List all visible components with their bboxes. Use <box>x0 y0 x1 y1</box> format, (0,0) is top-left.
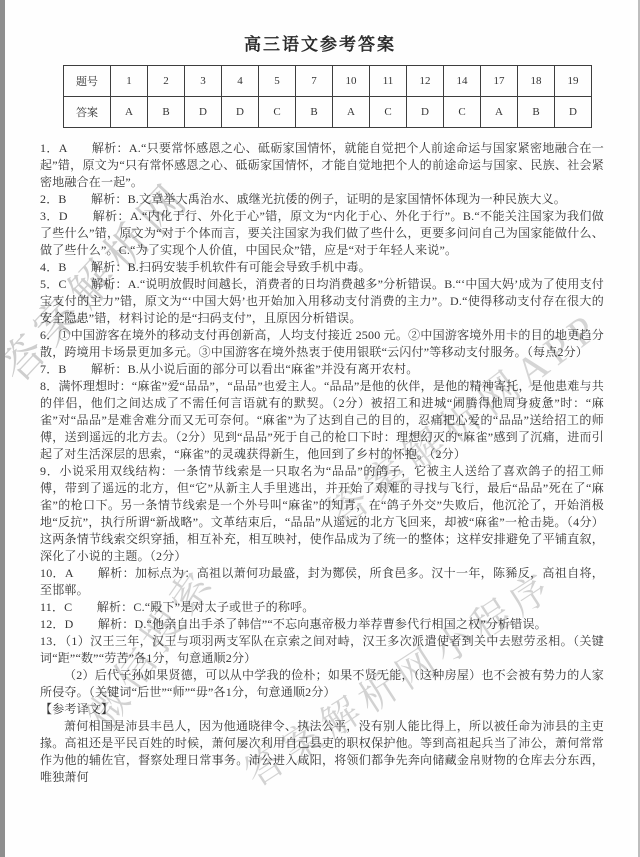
question-number-cell: 5 <box>259 66 296 97</box>
question-number-cell: 19 <box>555 66 592 97</box>
question-number-cell: 18 <box>518 66 555 97</box>
scanned-answer-sheet: 答案解析网 答案解析网APP 微信搜索 答案解析网小程序 高三语文参考答案 题号… <box>0 0 640 857</box>
answer-row: 答案 ABDDCBACDCABD <box>64 97 592 128</box>
question-number-row: 题号 12345710111214171819 <box>64 66 592 97</box>
answer-cell: C <box>444 97 481 128</box>
answer-paragraph: 7．B 解析：B.从小说后面的部分可以看出“麻雀”并没有离开农村。 <box>40 361 604 378</box>
answer-cell: A <box>481 97 518 128</box>
answer-cell: C <box>370 97 407 128</box>
answer-cell: D <box>555 97 592 128</box>
answer-cell: D <box>222 97 259 128</box>
answer-paragraph: 1．A 解析：A.“只要常怀感恩之心、砥砺家国情怀，就能自觉把个人前途命运与国家… <box>40 140 604 191</box>
question-number-cell: 3 <box>185 66 222 97</box>
answer-paragraph: 【参考译文】 <box>40 701 604 718</box>
answer-cell: A <box>333 97 370 128</box>
question-number-cell: 10 <box>333 66 370 97</box>
answer-cell: B <box>296 97 333 128</box>
question-number-cell: 12 <box>407 66 444 97</box>
answer-paragraph: 5．C 解析：A.“说明放假时间越长，消费者的日均消费越多”分析错误。B.“‘中… <box>40 276 604 327</box>
question-number-cell: 7 <box>296 66 333 97</box>
answer-paragraph: （2）后代子孙如果贤德，可以从中学我的俭朴；如果不贤无能，（这种房屋）也不会被有… <box>40 667 604 701</box>
answer-paragraph: 12．D 解析：D.“他亲自出手杀了韩信”“不忘向惠帝极力举荐曹参代行相国之权”… <box>40 616 604 633</box>
answer-paragraph: 13．（1）汉王三年，汉王与项羽两支军队在京索之间对峙，汉王多次派遣使者到关中去… <box>40 633 604 667</box>
answer-paragraph: 2．B 解析：B.文章举大禹治水、戚继光抗倭的例子，证明的是家国情怀体现为一种民… <box>40 191 604 208</box>
answer-cell: D <box>185 97 222 128</box>
question-number-cell: 14 <box>444 66 481 97</box>
page-title: 高三语文参考答案 <box>0 0 640 55</box>
answer-paragraph: 3．D 解析：A.“内化于行、外化于心”错，原文为“内化于心、外化于行”。B.“… <box>40 208 604 259</box>
answer-paragraph: 4．B 解析：B.扫码安装手机软件有可能会导致手机中毒。 <box>40 259 604 276</box>
answer-table: 题号 12345710111214171819 答案 ABDDCBACDCABD <box>63 65 592 128</box>
answer-cell: D <box>407 97 444 128</box>
question-number-label: 题号 <box>64 66 111 97</box>
answer-paragraph: 10．A 解析：加标点为：高祖以萧何功最盛，封为酂侯，所食邑多。汉十一年，陈豨反… <box>40 565 604 599</box>
answer-content: 1．A 解析：A.“只要常怀感恩之心、砥砺家国情怀，就能自觉把个人前途命运与国家… <box>0 128 640 786</box>
answer-paragraph: 萧何相国是沛县丰邑人，因为他通晓律令、执法公平，没有别人能比得上，所以被任命为沛… <box>40 718 604 786</box>
question-number-cell: 11 <box>370 66 407 97</box>
answer-cell: B <box>518 97 555 128</box>
answer-paragraph: 8．满怀理想时：“麻雀”爱“品品”，“品品”也爱主人。“品品”是他的伙伴，是他的… <box>40 378 604 463</box>
question-number-cell: 17 <box>481 66 518 97</box>
question-number-cell: 1 <box>111 66 148 97</box>
answer-cell: B <box>148 97 185 128</box>
answer-label: 答案 <box>64 97 111 128</box>
question-number-cell: 4 <box>222 66 259 97</box>
answer-cell: C <box>259 97 296 128</box>
answer-paragraph: 6．①中国游客在境外的移动支付再创新高，人均支付接近 2500 元。②中国游客境… <box>40 327 604 361</box>
answer-cell: A <box>111 97 148 128</box>
question-number-cell: 2 <box>148 66 185 97</box>
answer-paragraph: 9．小说采用双线结构：一条情节线索是一只取名为“品品”的鸽子，它被主人送给了喜欢… <box>40 463 604 565</box>
answer-paragraph: 11．C 解析：C.“殿下”是对太子或世子的称呼。 <box>40 599 604 616</box>
